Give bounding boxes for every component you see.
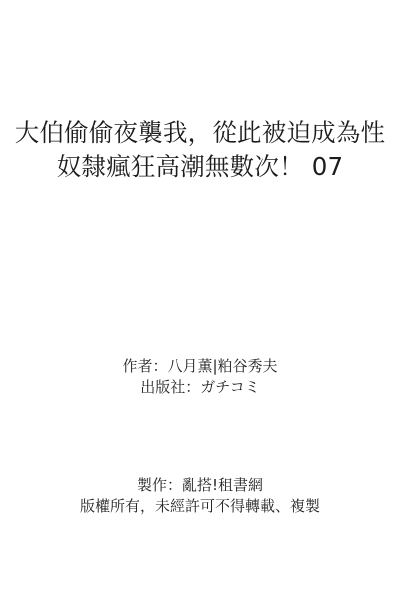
title-line-2: 奴隸瘋狂高潮無數次！ 07 [0,150,400,184]
publisher-credit: 出版社：ガチコミ [0,377,400,398]
production-credit: 製作：亂搭!租書網 [0,475,400,496]
credits-block: 作者：八月薫|粕谷秀夫 出版社：ガチコミ [0,356,400,398]
chapter-title: 大伯偷偷夜襲我，從此被迫成為性 奴隸瘋狂高潮無數次！ 07 [0,116,400,184]
copyright-notice: 版權所有，未經許可不得轉載、複製 [0,496,400,517]
footer-block: 製作：亂搭!租書網 版權所有，未經許可不得轉載、複製 [0,475,400,517]
title-line-1: 大伯偷偷夜襲我，從此被迫成為性 [0,116,400,150]
author-credit: 作者：八月薫|粕谷秀夫 [0,356,400,377]
